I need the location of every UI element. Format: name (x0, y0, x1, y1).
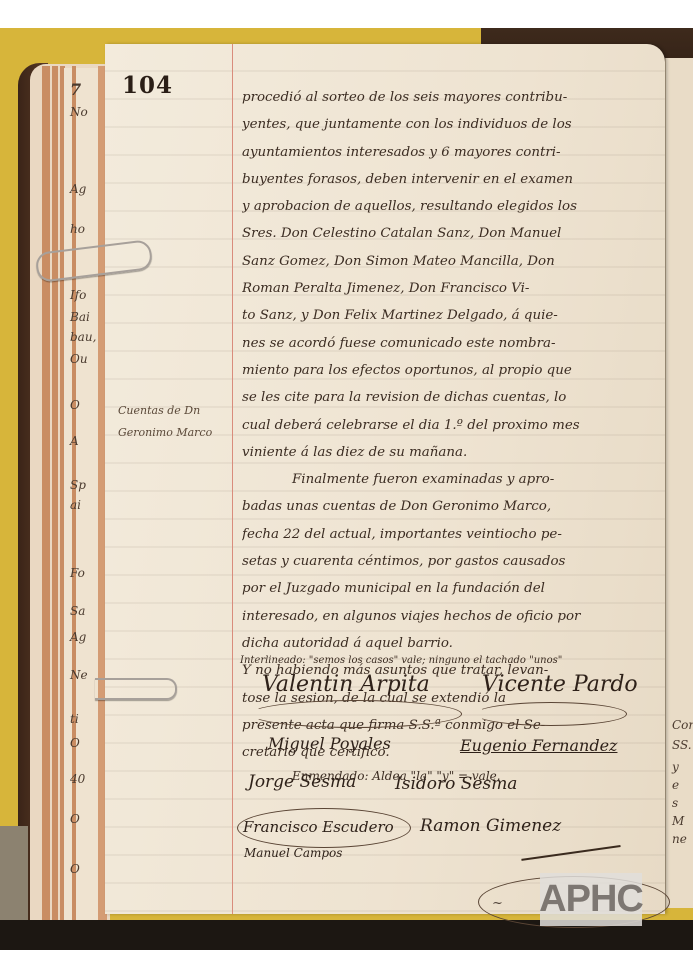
left-page-fragment: O (70, 862, 100, 876)
margin-note-line: Cuentas de Dn (118, 400, 236, 422)
right-page-fragment: M (672, 814, 684, 828)
signature: Miguel Poyales (268, 734, 391, 753)
text-line: to Sanz, y Don Felix Martinez Delgado, á… (242, 302, 662, 329)
right-page-fragment: s (672, 796, 678, 810)
signature: Jorge Sesma (248, 772, 356, 792)
text-line: Sanz Gomez, Don Simon Mateo Mancilla, Do… (242, 248, 662, 275)
text-line: por el Juzgado municipal en la fundación… (242, 575, 662, 602)
left-page-fragment: A (70, 434, 100, 448)
left-page-fragment: Ag (70, 630, 100, 644)
signature-flourish (250, 700, 462, 728)
left-page-fragment: No (70, 105, 100, 119)
text-line: buyentes forasos, deben intervenir en el… (242, 166, 662, 193)
text-line: y aprobacion de aquellos, resultando ele… (242, 193, 662, 220)
text-line: cual deberá celebrarse el dia 1.º del pr… (242, 412, 662, 439)
left-page-fragment: Fo (70, 566, 100, 580)
left-page-fragment: ti (70, 712, 100, 726)
right-page-fragment: SS. (672, 738, 692, 752)
text-line: Finalmente fueron examinadas y apro- (242, 466, 662, 493)
margin-rule (232, 44, 233, 914)
signature-flourish (237, 808, 411, 848)
text-line: badas unas cuentas de Don Geronimo Marco… (242, 493, 662, 520)
left-page-fragment: 7 (70, 80, 100, 99)
text-line: interesado, en algunos viajes hechos de … (242, 603, 662, 630)
text-line: yentes, que juntamente con los individuo… (242, 111, 662, 138)
text-line: dicha autoridad á aquel barrio. (242, 630, 662, 657)
text-line: setas y cuarenta céntimos, por gastos ca… (242, 548, 662, 575)
text-line: se les cite para la revision de dichas c… (242, 384, 662, 411)
left-page-fragment: O (70, 736, 100, 750)
right-page-fragment: y (672, 760, 679, 774)
left-page-fragment: O (70, 398, 100, 412)
right-page-fragment: e (672, 778, 679, 792)
text-line: Sres. Don Celestino Catalan Sanz, Don Ma… (242, 220, 662, 247)
interlineado-note: Interlineado: "semos los casos" vale; ni… (240, 655, 665, 666)
left-page-fragment: Ifo (70, 288, 100, 302)
page-edge (42, 66, 50, 941)
left-page-fragment: Sa (70, 604, 100, 618)
archive-watermark: APHC (540, 873, 642, 926)
page-edge (52, 66, 58, 941)
paperclip (95, 678, 177, 700)
text-line: fecha 22 del actual, importantes veintio… (242, 521, 662, 548)
left-page-fragment: Ag (70, 182, 100, 196)
text-line: viniente á las diez de su mañana. (242, 439, 662, 466)
left-page-fragment: O (70, 812, 100, 826)
left-page-fragment: ho (70, 222, 100, 236)
left-page-fragment: Sp (70, 478, 100, 492)
secretary-signature: ~ (492, 896, 503, 911)
left-page-fragment: bau, (70, 330, 100, 344)
text-line: miento para los efectos oportunos, al pr… (242, 357, 662, 384)
left-page-fragment: Bai (70, 310, 100, 324)
text-line: ayuntamientos interesados y 6 mayores co… (242, 139, 662, 166)
margin-note-line: Geronimo Marco (118, 422, 236, 444)
text-line: nes se acordó fuese comunicado este nomb… (242, 330, 662, 357)
page-number: 104 (122, 72, 173, 99)
left-page-fragment: ai (70, 498, 100, 512)
signature-flourish (475, 702, 627, 726)
right-page-fragment: ne (672, 832, 687, 846)
signature: Valentin Arpita (262, 672, 430, 697)
signature: Vicente Pardo (482, 672, 638, 697)
signature: Manuel Campos (244, 846, 342, 860)
text-line: Roman Peralta Jimenez, Don Francisco Vi- (242, 275, 662, 302)
signature: Isidoro Sesma (395, 774, 517, 794)
signature: Eugenio Fernandez (460, 736, 617, 755)
text-line: procedió al sorteo de los seis mayores c… (242, 84, 662, 111)
left-page-fragment: 40 (70, 772, 100, 786)
left-page-fragment: Ou (70, 352, 100, 366)
right-page-fragment: Con (672, 718, 693, 732)
signature: Ramon Gimenez (420, 816, 561, 836)
margin-note: Cuentas de Dn Geronimo Marco (118, 400, 236, 444)
